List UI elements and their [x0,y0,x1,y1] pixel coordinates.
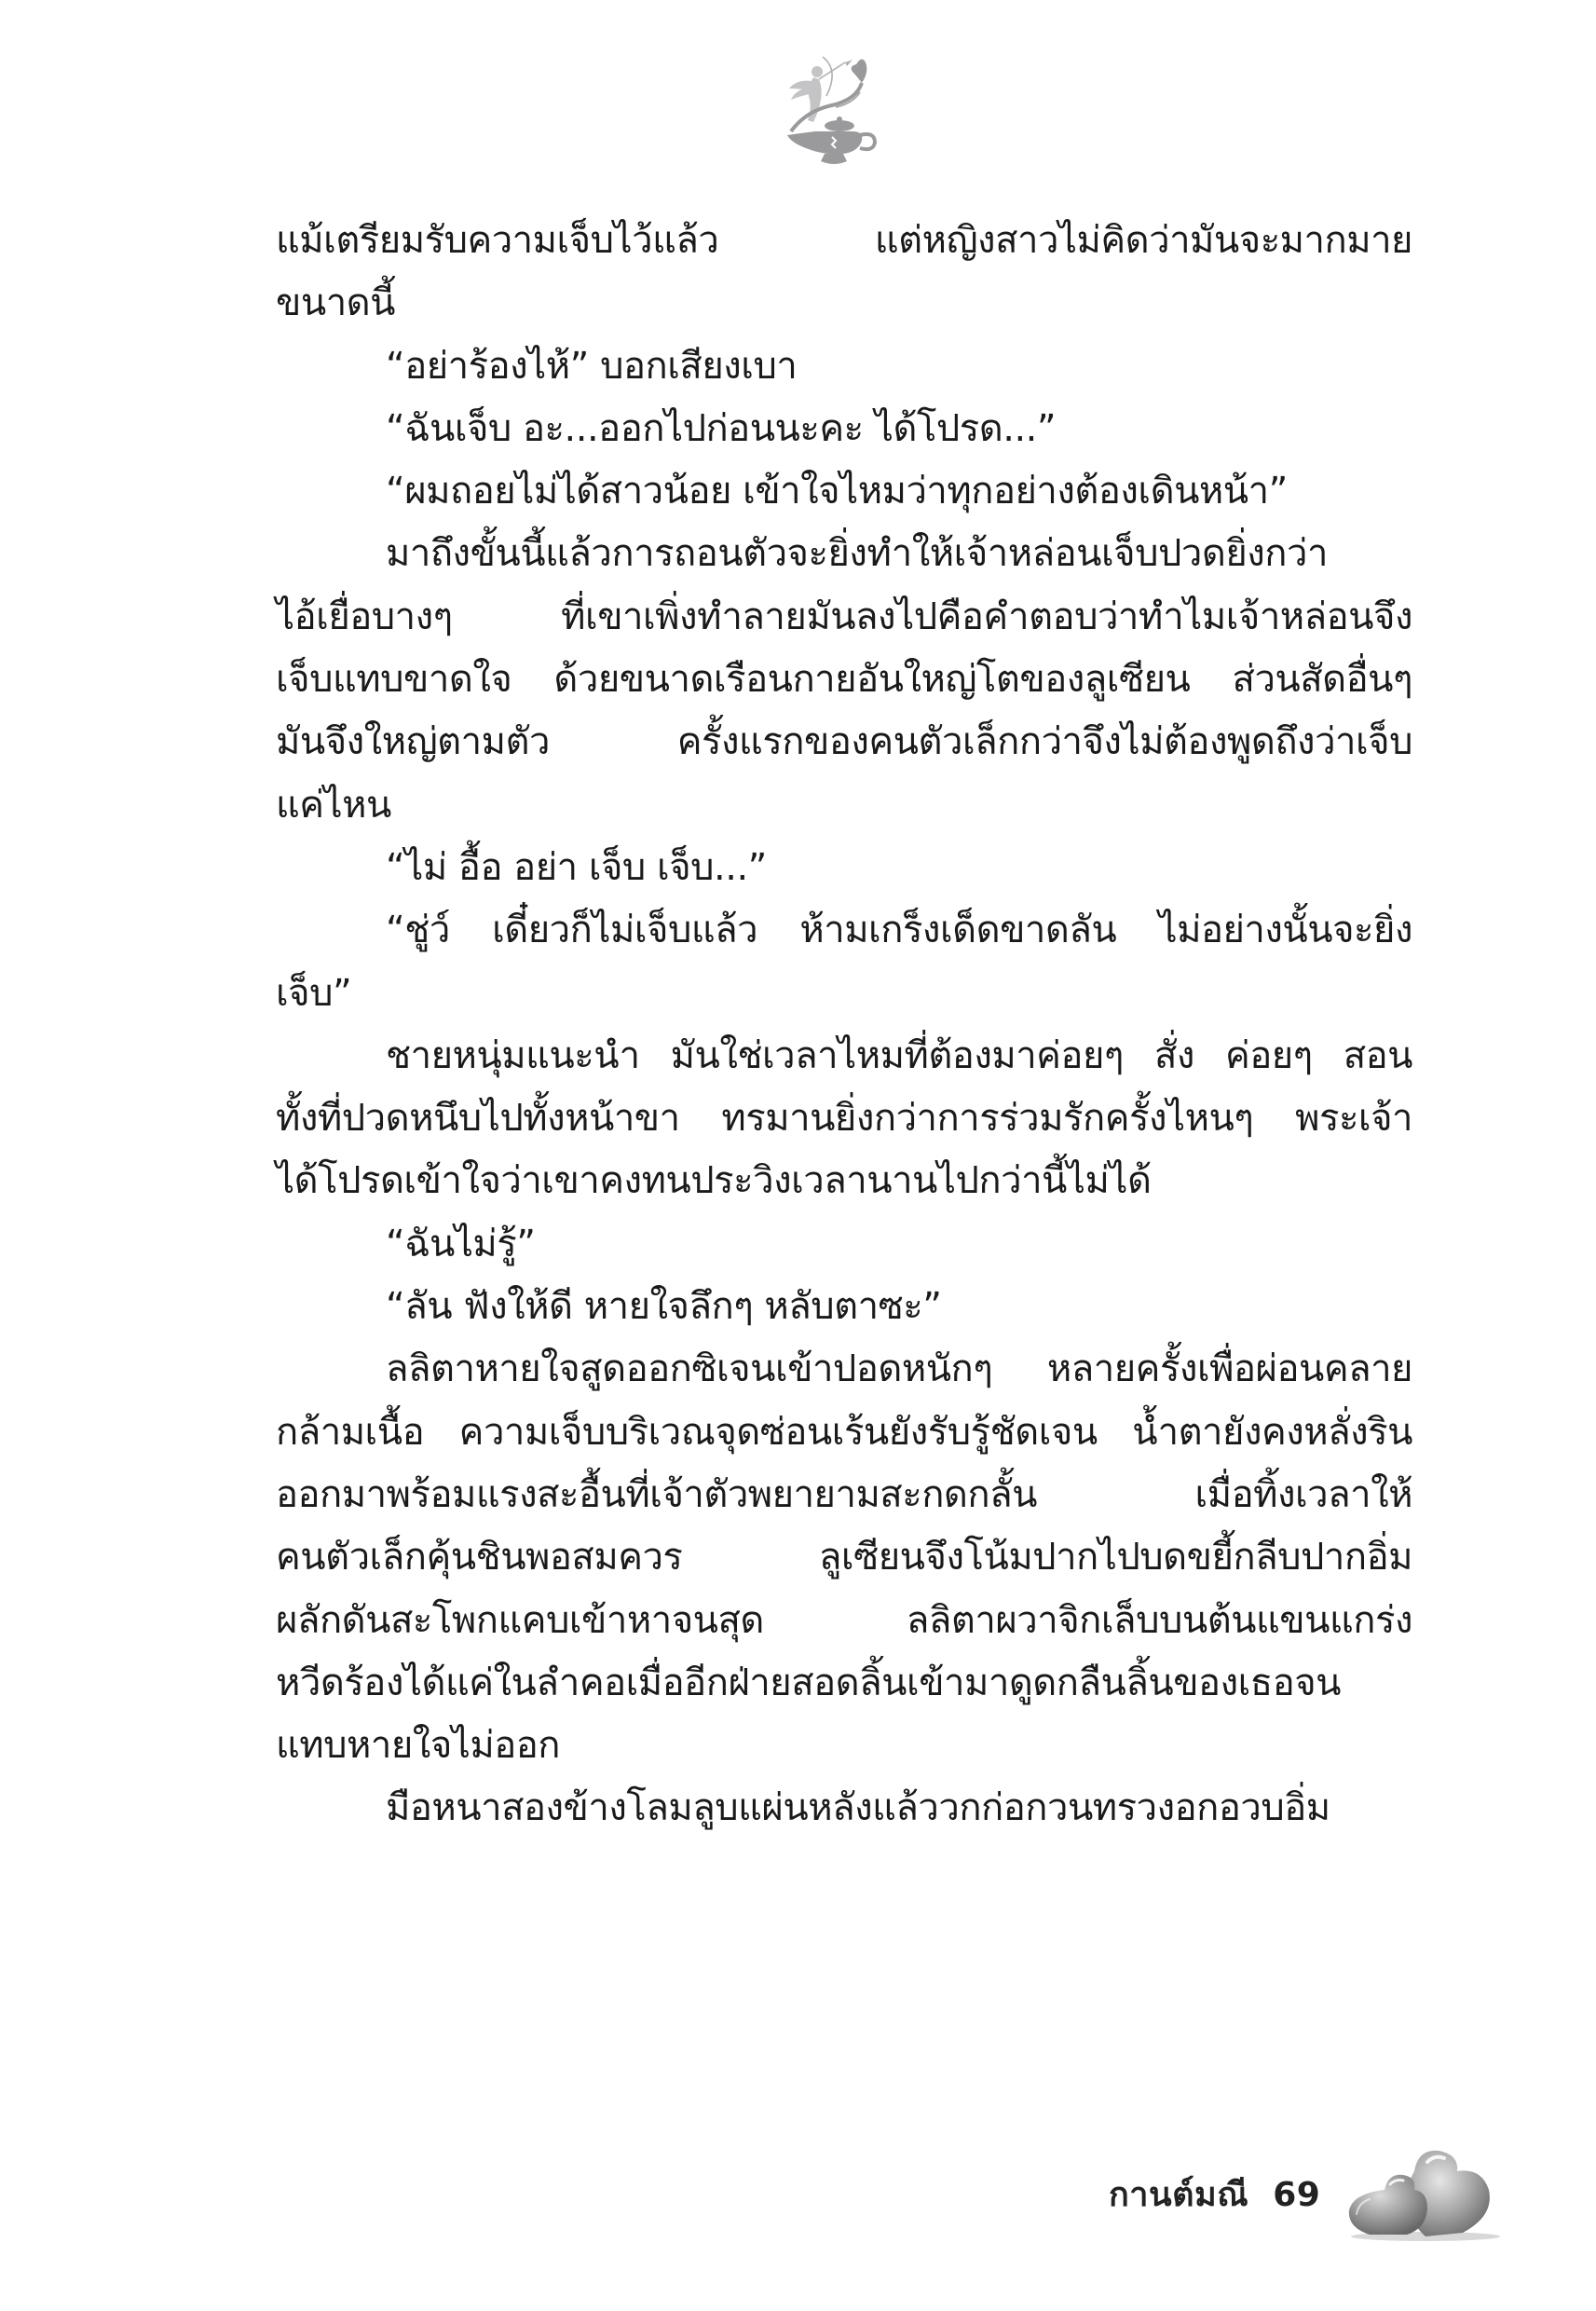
text-line: ออกมาพร้อมแรงสะอื้นที่เจ้าตัวพยายามสะกดก… [276,1464,1412,1526]
text-line: มือหนาสองข้างโลมลูบแผ่นหลังแล้ววกก่อกวนท… [276,1777,1412,1839]
page-number: 69 [1273,2176,1320,2214]
text-line: “ฉันไม่รู้” [276,1213,1412,1276]
text-line: เจ็บ” [276,963,1412,1025]
cupid-magic-lamp-icon [778,51,880,168]
text-line: ขนาดนี้ [276,272,1412,335]
story-text: แม้เตรียมรับความเจ็บไว้แล้ว แต่หญิงสาวไม… [276,210,1412,1840]
text-line: “ชู่ว์ เดี๋ยวก็ไม่เจ็บแล้ว ห้ามเกร็งเด็ด… [276,899,1412,962]
text-line: ทั้งที่ปวดหนึบไปทั้งหน้าขา ทรมานยิ่งกว่า… [276,1087,1412,1150]
page-footer: กานต์มณี 69 [0,2134,1596,2264]
silver-hearts-icon [1342,2143,1505,2246]
book-title: กานต์มณี [1109,2176,1248,2214]
text-line: “ไม่ อื้อ อย่า เจ็บ เจ็บ...” [276,837,1412,899]
text-line: “อย่าร้องไห้” บอกเสียงเบา [276,335,1412,398]
text-line: มันจึงใหญ่ตามตัว ครั้งแรกของคนตัวเล็กกว่… [276,711,1412,773]
text-line: แทบหายใจไม่ออก [276,1715,1412,1777]
text-line: “ผมถอยไม่ได้สาวน้อย เข้าใจไหมว่าทุกอย่าง… [276,460,1412,523]
text-line: ลลิตาหายใจสูดออกซิเจนเข้าปอดหนักๆ หลายคร… [276,1338,1412,1401]
text-line: “ลัน ฟังให้ดี หายใจลึกๆ หลับตาซะ” [276,1276,1412,1338]
text-line: คนตัวเล็กคุ้นชินพอสมควร ลูเซียนจึงโน้มปา… [276,1526,1412,1589]
text-line: มาถึงขั้นนี้แล้วการถอนตัวจะยิ่งทำให้เจ้า… [276,523,1412,585]
text-line: แม้เตรียมรับความเจ็บไว้แล้ว แต่หญิงสาวไม… [276,210,1412,272]
text-line: ไอ้เยื่อบางๆ ที่เขาเพิ่งทำลายมันลงไปคือค… [276,586,1412,649]
text-line: ได้โปรดเข้าใจว่าเขาคงทนประวิงเวลานานไปกว… [276,1150,1412,1212]
text-line: ผลักดันสะโพกแคบเข้าหาจนสุด ลลิตาผวาจิกเล… [276,1590,1412,1652]
text-line: หวีดร้องได้แค่ในลำคอเมื่ออีกฝ่ายสอดลิ้นเ… [276,1652,1412,1715]
text-line: แค่ไหน [276,774,1412,837]
text-line: กล้ามเนื้อ ความเจ็บบริเวณจุดซ่อนเร้นยังร… [276,1402,1412,1464]
text-line: “ฉันเจ็บ อะ...ออกไปก่อนนะคะ ได้โปรด...” [276,398,1412,460]
text-line: ชายหนุ่มแนะนำ มันใช่เวลาไหมที่ต้องมาค่อย… [276,1025,1412,1087]
running-footer: กานต์มณี 69 [1109,2167,1320,2221]
text-line: เจ็บแทบขาดใจ ด้วยขนาดเรือนกายอันใหญ่โตขอ… [276,649,1412,711]
